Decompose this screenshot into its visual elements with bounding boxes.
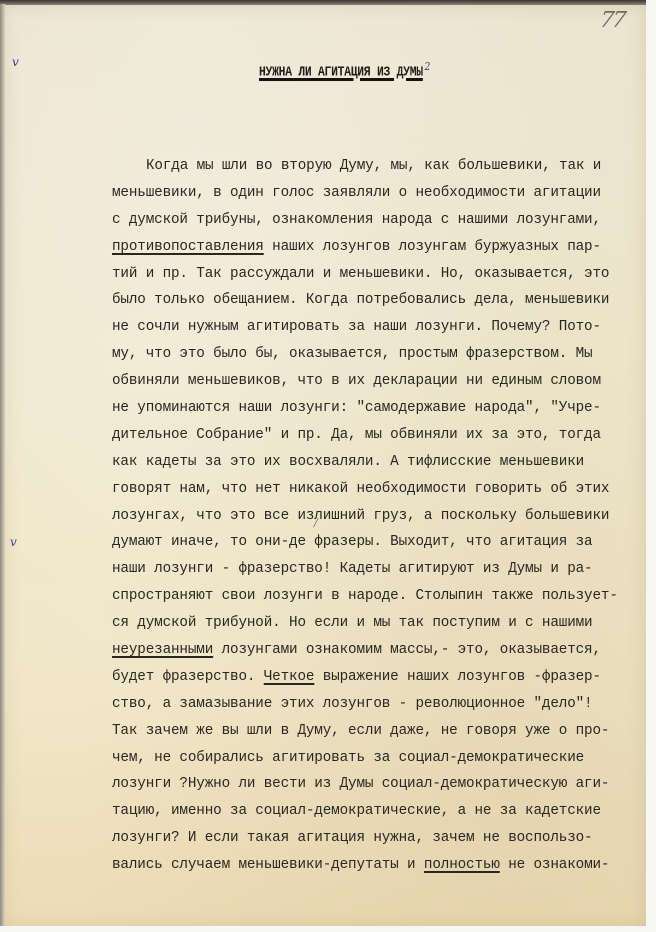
scan-right-margin <box>646 0 656 932</box>
text-line: спространяют свои лозунги в народе. Стол… <box>112 583 618 610</box>
text-line: ство, а замазывание этих лозунгов - рево… <box>112 691 618 718</box>
text-line: Так зачем же вы шли в Думу, если даже, н… <box>112 718 618 745</box>
document-body: Когда мы шли во вторую Думу, мы, как бол… <box>112 153 618 879</box>
margin-check-mark: v <box>12 55 19 69</box>
text-line: не упоминаются наши лозунги: "самодержав… <box>112 395 618 422</box>
text-segment: лозунгами ознакомим массы,- это, оказыва… <box>213 642 601 658</box>
text-segment: не ознакоми- <box>500 857 610 873</box>
page-top-edge <box>0 0 656 5</box>
text-line: говорят нам, что нет никакой необходимос… <box>112 476 618 503</box>
text-line: лозунги ?Нужно ли вести из Думы социал-д… <box>112 771 618 798</box>
text-line: думают иначе, то они-де фразеры. Выходит… <box>112 529 618 556</box>
text-line: меньшевики, в один голос заявляли о необ… <box>112 180 618 207</box>
title-footnote-marker: 2 <box>425 60 431 73</box>
text-line: с думской трибуны, ознакомления народа с… <box>112 207 618 234</box>
text-line: будет фразерство. Четкое выражение наших… <box>112 664 618 691</box>
scan-bottom-margin <box>0 926 656 932</box>
text-line: противопоставления наших лозунгов лозунг… <box>112 234 618 261</box>
text-line: не сочли нужным агитировать за наши лозу… <box>112 314 618 341</box>
page-left-edge <box>0 4 5 928</box>
text-line: наши лозунги - фразерство! Кадеты агитир… <box>112 556 618 583</box>
text-segment: выражение наших лозунгов -фразер- <box>314 669 601 685</box>
underlined-word: противопоставления <box>112 239 264 255</box>
text-line: чем, не собирались агитировать за социал… <box>112 745 618 772</box>
text-line: тий и пр. Так рассуждали и меньшевики. Н… <box>112 261 618 288</box>
text-line: вались случаем меньшевики-депутаты и пол… <box>112 852 618 879</box>
text-line: лозунгах, что это все излишний груз, а п… <box>112 503 618 530</box>
text-line: неурезанными лозунгами ознакомим массы,-… <box>112 637 618 664</box>
folio-number: 77 <box>598 8 626 33</box>
text-line: как кадеты за это их восхваляли. А тифли… <box>112 449 618 476</box>
text-line: дительное Собрание" и пр. Да, мы обвинял… <box>112 422 618 449</box>
underlined-word: Четкое <box>264 669 315 685</box>
underlined-word: неурезанными <box>112 642 213 658</box>
text-line: му, что это было бы, оказывается, просты… <box>112 341 618 368</box>
text-segment: наших лозунгов лозунгам буржуазных пар- <box>264 239 601 255</box>
text-line: тацию, именно за социал-демократические,… <box>112 798 618 825</box>
underlined-word: полностью <box>424 857 500 873</box>
text-line: Когда мы шли во вторую Думу, мы, как бол… <box>112 153 618 180</box>
text-line: было только обещанием. Когда потребовали… <box>112 287 618 314</box>
text-line: ся думской трибуной. Но если и мы так по… <box>112 610 618 637</box>
title-text: НУЖНА ЛИ АГИТАЦИЯ ИЗ ДУМЫ <box>259 66 423 81</box>
margin-check-mark: v <box>10 535 17 549</box>
text-line: обвиняли меньшевиков, что в их деклараци… <box>112 368 618 395</box>
text-segment: будет фразерство. <box>112 669 264 685</box>
document-title: НУЖНА ЛИ АГИТАЦИЯ ИЗ ДУМЫ2 <box>259 60 430 81</box>
text-line: лозунги? И если такая агитация нужна, за… <box>112 825 618 852</box>
text-segment: вались случаем меньшевики-депутаты и <box>112 857 424 873</box>
